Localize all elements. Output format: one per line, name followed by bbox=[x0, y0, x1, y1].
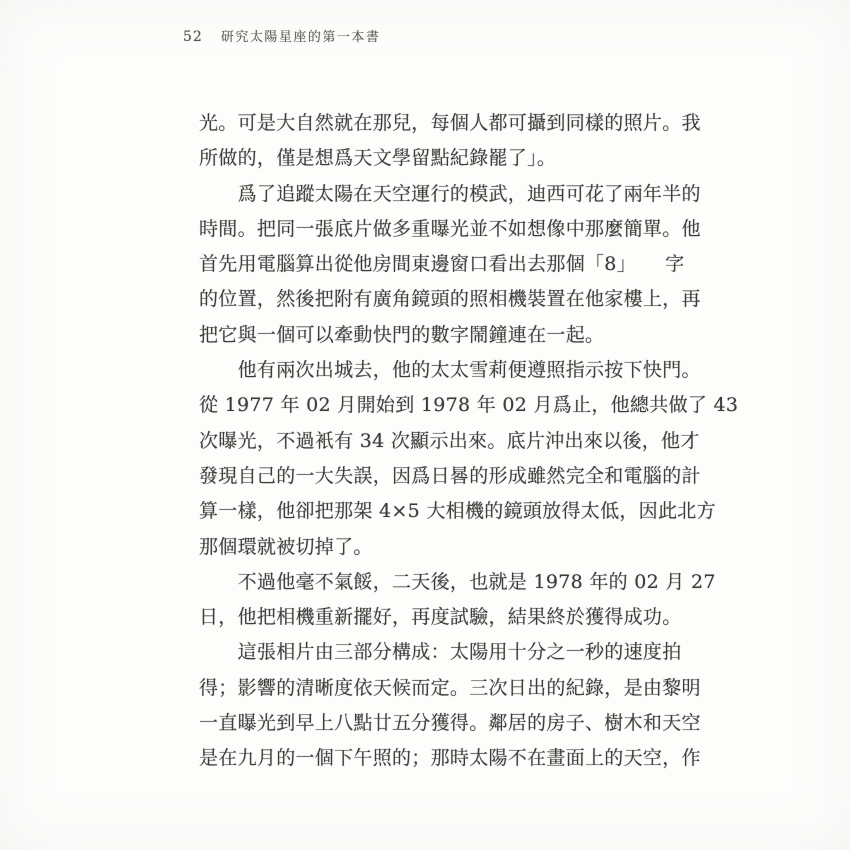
text-line: 這張相片由三部分構成：太陽用十分之一秒的速度拍 bbox=[199, 635, 669, 670]
book-title: 研究太陽星座的第一本書 bbox=[221, 26, 381, 45]
text-line: 是在九月的一個下午照的；那時太陽不在畫面上的天空，作 bbox=[199, 741, 669, 776]
text-line: 得；影響的清晰度依天候而定。三次日出的紀錄，是由黎明 bbox=[199, 671, 669, 706]
page-number: 52 bbox=[183, 29, 203, 45]
text-line: 把它與一個可以牽動快門的數字鬧鐘連在一起。 bbox=[199, 318, 669, 353]
text-line: 光。可是大自然就在那兒，每個人都可攝到同樣的照片。我 bbox=[199, 106, 669, 141]
text-line: 算一樣，他卻把那架 4×5 大相機的鏡頭放得太低，因此北方 bbox=[199, 494, 669, 529]
page-header: 52 研究太陽星座的第一本書 bbox=[183, 26, 380, 45]
text-line: 不過他毫不氣餒，二天後，也就是 1978 年的 02 月 27 bbox=[199, 565, 669, 600]
text-line: 所做的，僅是想爲天文學留點紀錄罷了」。 bbox=[199, 141, 669, 176]
body-text: 光。可是大自然就在那兒，每個人都可攝到同樣的照片。我所做的，僅是想爲天文學留點紀… bbox=[199, 106, 669, 777]
text-line: 日，他把相機重新擺好，再度試驗，結果終於獲得成功。 bbox=[199, 600, 669, 635]
text-line: 那個環就被切掉了。 bbox=[199, 530, 669, 565]
text-line: 爲了追蹤太陽在天空運行的模武，迪西可花了兩年半的 bbox=[199, 177, 669, 212]
text-line: 他有兩次出城去，他的太太雪莉便遵照指示按下快門。 bbox=[199, 353, 669, 388]
text-line: 一直曝光到早上八點廿五分獲得。鄰居的房子、樹木和天空 bbox=[199, 706, 669, 741]
book-page-scan: 52 研究太陽星座的第一本書 光。可是大自然就在那兒，每個人都可攝到同樣的照片。… bbox=[0, 0, 850, 850]
text-line: 的位置，然後把附有廣角鏡頭的照相機裝置在他家樓上，再 bbox=[199, 282, 669, 317]
text-line: 首先用電腦算出從他房間東邊窗口看出去那個「8」 字 bbox=[199, 247, 669, 282]
text-line: 從 1977 年 02 月開始到 1978 年 02 月爲止，他總共做了 43 bbox=[199, 388, 669, 423]
text-line: 次曝光，不過衹有 34 次顯示出來。底片沖出來以後，他才 bbox=[199, 424, 669, 459]
text-line: 時間。把同一張底片做多重曝光並不如想像中那麼簡單。他 bbox=[199, 212, 669, 247]
text-line: 發現自己的一大失誤，因爲日晷的形成雖然完全和電腦的計 bbox=[199, 459, 669, 494]
